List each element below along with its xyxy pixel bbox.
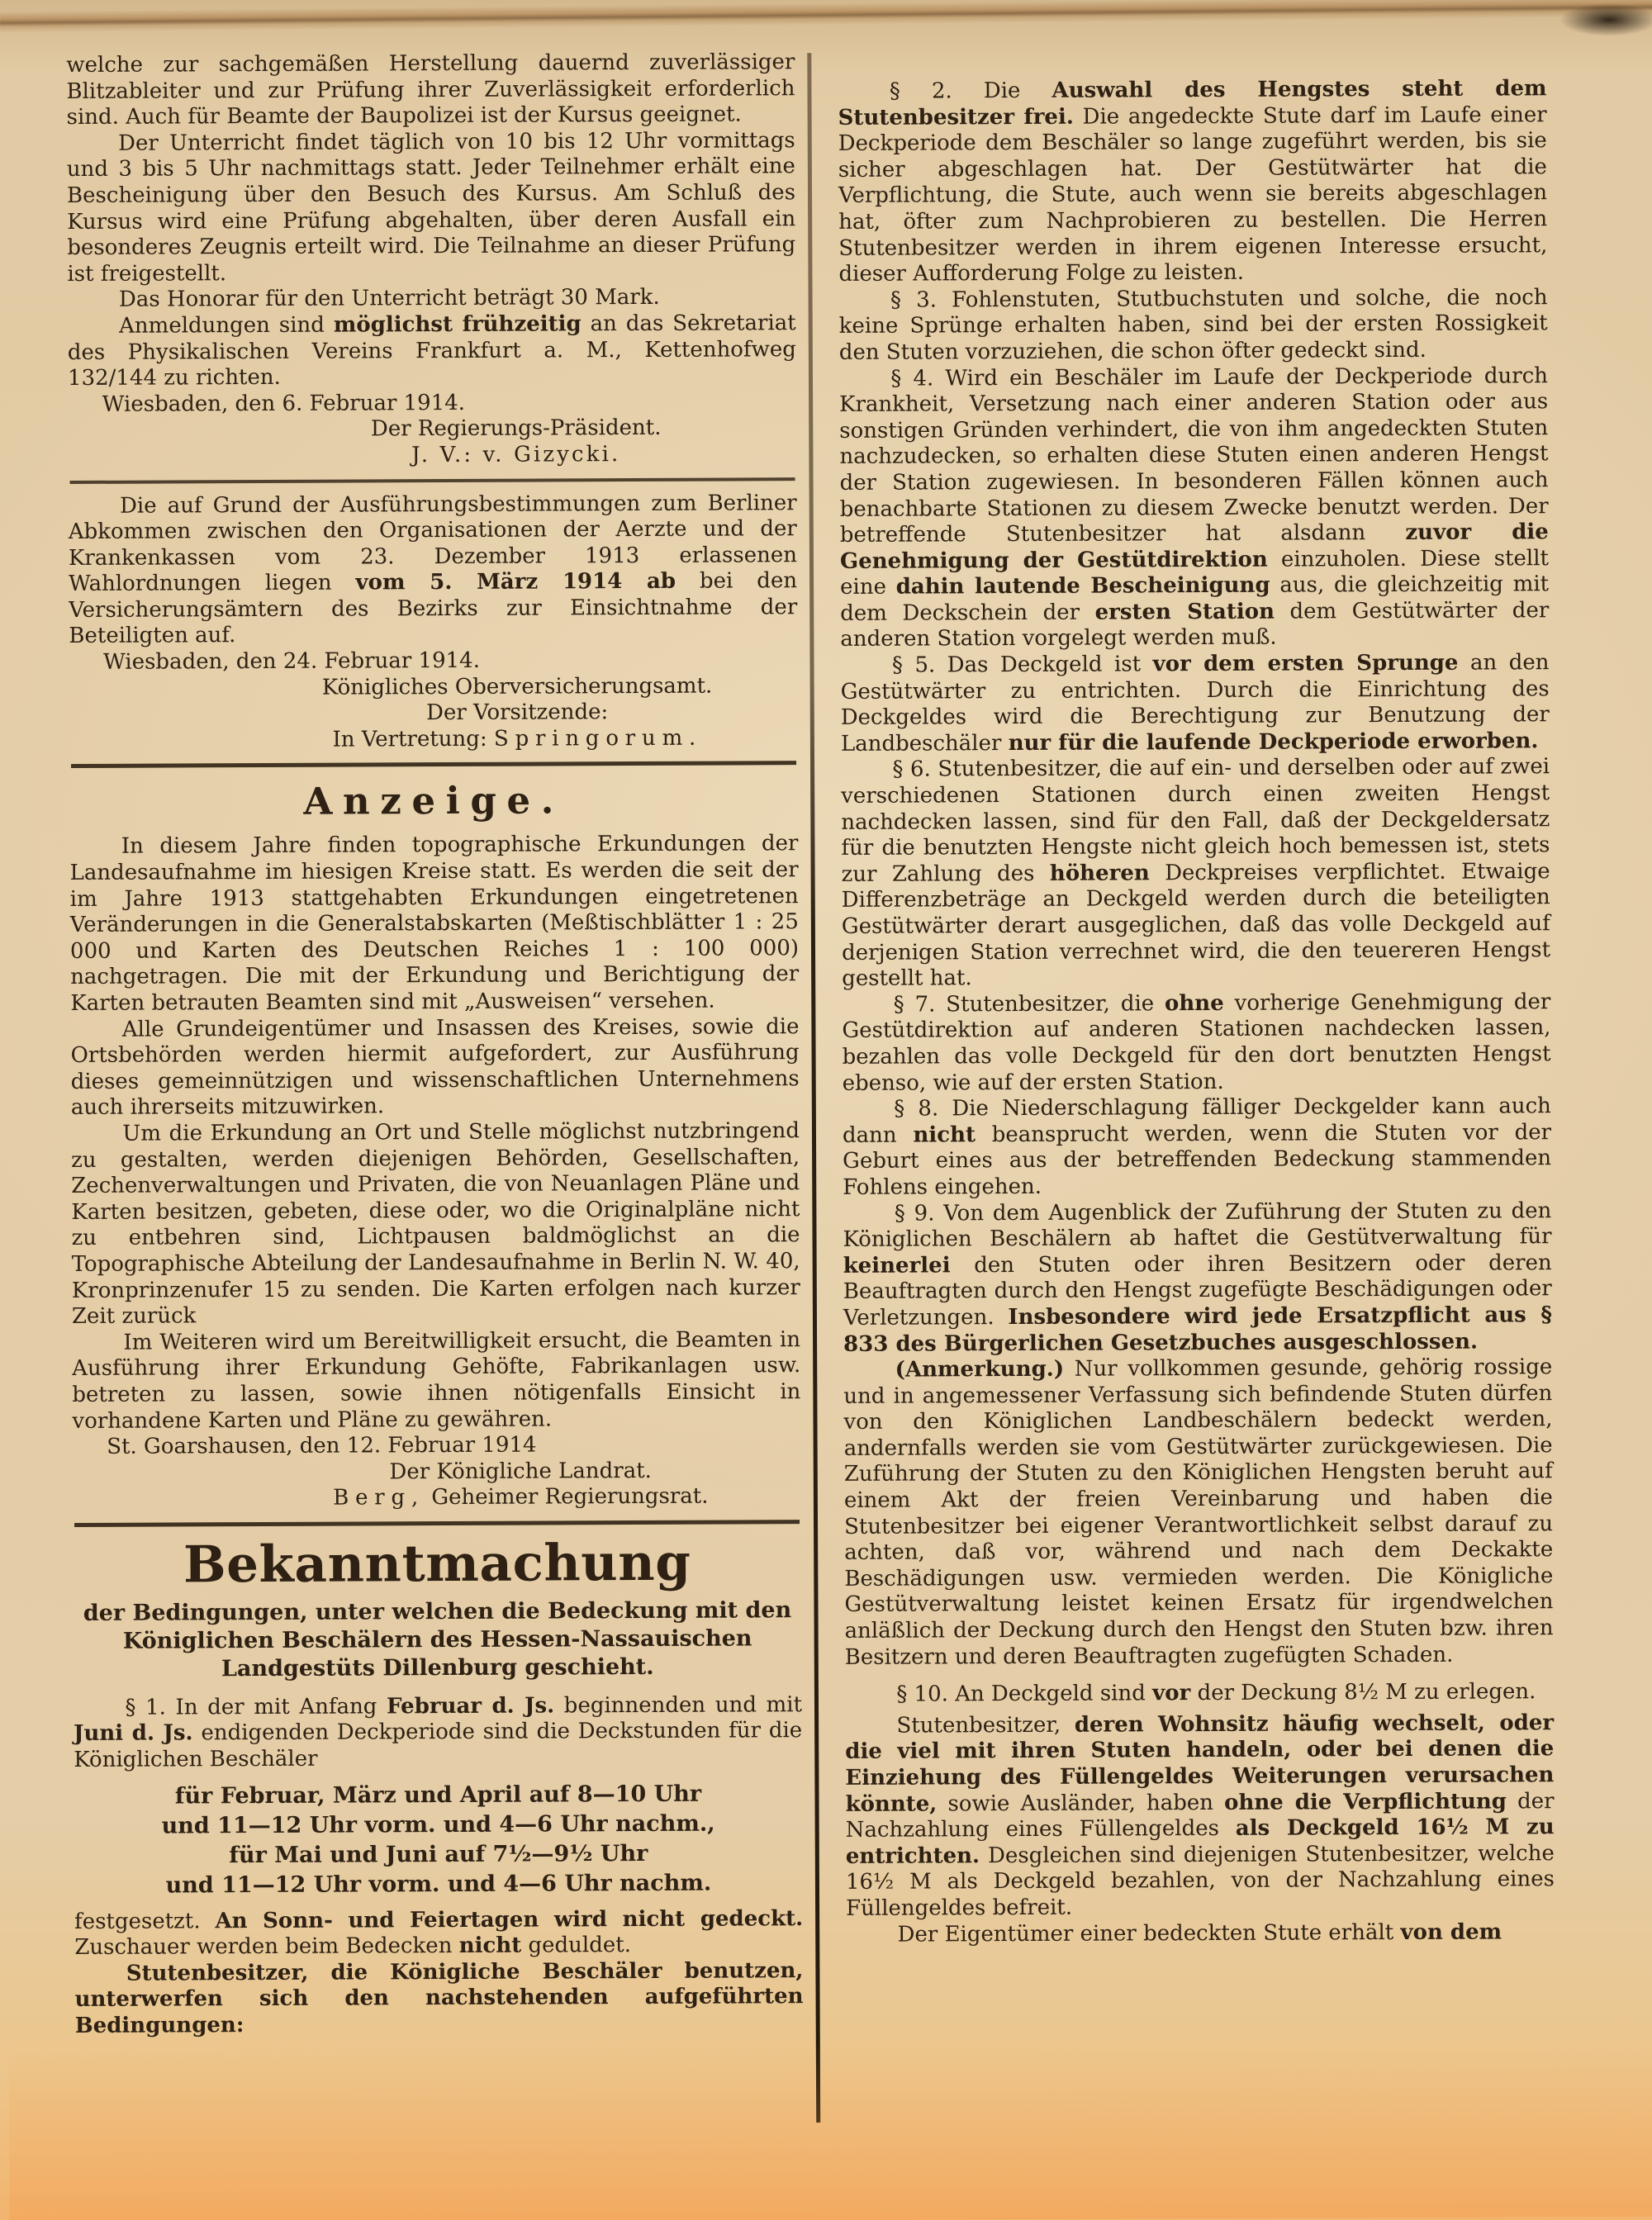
paragraph: Anmeldungen sind möglichst frühzeitig an…	[68, 311, 796, 392]
paragraph-section-8: § 8. Die Niederschlagung fälliger Deckge…	[843, 1093, 1552, 1201]
paragraph-anmerkung: (Anmerkung.) Nur vollkommen gesunde, geh…	[843, 1354, 1554, 1671]
signature-person: Berg,	[333, 1485, 425, 1510]
dateline: St. Goarshausen, den 12. Februar 1914	[73, 1431, 801, 1460]
column-divider-rule	[807, 53, 820, 2123]
paragraph: Im Weiteren wird um Bereitwilligkeit ers…	[72, 1327, 801, 1435]
paragraph-section-2: § 2. Die Auswahl des Hengstes steht dem …	[838, 76, 1547, 287]
paragraph: Stutenbesitzer, die Königliche Beschäler…	[74, 1958, 803, 2040]
bekanntmachung-title: Bekanntmachung	[73, 1534, 801, 1595]
dateline: Wiesbaden, den 6. Februar 1914.	[68, 389, 796, 418]
article-bekanntmachung-paragraphs: § 2. Die Auswahl des Hengstes steht dem …	[838, 76, 1555, 1948]
paragraph-section-9: § 9. Von dem Augenblick der Zuführung de…	[843, 1198, 1552, 1358]
article-wahlordnungen: Die auf Grund der Ausführungsbestimmunge…	[69, 491, 798, 755]
paragraph: Alle Grundeigentümer und Insassen des Kr…	[70, 1014, 800, 1122]
article-blitzableiter-course: welche zur sachgemäßen Herstellung dauer…	[66, 50, 796, 470]
paragraph-section-7: § 7. Stutenbesitzer, die ohne vorherige …	[842, 989, 1551, 1097]
signature-name: In Vertretung: Springorum.	[69, 725, 798, 754]
dateline: Wiesbaden, den 24. Februar 1914.	[69, 647, 797, 676]
paragraph: Um die Erkundung an Ort und Stelle mögli…	[71, 1118, 800, 1331]
paragraph-section-10: § 10. An Deckgeld sind vor der Deckung 8…	[845, 1679, 1554, 1708]
page-fold-crease	[0, 0, 1652, 33]
signature-office: Der Königliche Landrat.	[73, 1458, 801, 1487]
deck-schedule-line: und 11—12 Uhr vorm. und 4—6 Uhr nachm.,	[74, 1809, 803, 1842]
article-anzeige: Anzeige. In diesem Jahre finden topograp…	[69, 779, 801, 1513]
paragraph: Die auf Grund der Ausführungsbestimmunge…	[69, 491, 798, 650]
paragraph-section-10b: Stutenbesitzer, deren Wohnsitz häufig we…	[845, 1710, 1555, 1922]
article-bekanntmachung: Bekanntmachung der Bedingungen, unter we…	[73, 1534, 804, 2040]
paragraph: festgesetzt. An Sonn- und Feiertagen wir…	[74, 1906, 803, 1961]
signature-person: Springorum.	[494, 726, 702, 752]
page-corner-shadow	[1559, 3, 1652, 37]
section-rule	[70, 477, 795, 484]
bekanntmachung-subtitle: der Bedingungen, unter welchen die Bedec…	[81, 1596, 793, 1684]
paragraph: Der Unterricht findet täglich von 10 bis…	[67, 128, 796, 287]
section-rule	[71, 761, 796, 769]
paragraph-section-10c: Der Eigentümer einer bedeckten Stute erh…	[846, 1919, 1555, 1948]
signature-name: J. V.: v. Gizycki.	[68, 441, 796, 470]
paragraph: In diesem Jahre finden topographische Er…	[69, 832, 799, 1017]
deck-schedule-line: für Mai und Juni auf 7½—9½ Uhr	[74, 1838, 803, 1871]
signature-office: Königliches Oberversicherungsamt.	[69, 673, 798, 702]
signature-name: Berg, Geheimer Regierungsrat.	[73, 1483, 801, 1512]
anzeige-heading: Anzeige.	[69, 779, 798, 825]
signature-role: Der Vorsitzende:	[69, 699, 798, 728]
page-bottom-light	[9, 2035, 1652, 2220]
deck-schedule-line: und 11—12 Uhr vorm. und 4—6 Uhr nachm.	[74, 1868, 803, 1901]
signature-prefix: In Vertretung:	[333, 727, 487, 752]
deck-schedule-line: für Februar, März und April auf 8—10 Uhr	[74, 1779, 802, 1812]
paragraph-section-3: § 3. Fohlenstuten, Stutbuchstuten und so…	[839, 285, 1548, 367]
newspaper-page: welche zur sachgemäßen Herstellung dauer…	[0, 0, 1652, 2220]
section-rule	[74, 1520, 800, 1527]
paragraph: welche zur sachgemäßen Herstellung dauer…	[66, 50, 795, 131]
paragraph-section-5: § 5. Das Deckgeld ist vor dem ersten Spr…	[840, 650, 1550, 757]
paragraph-section-1: § 1. In der mit Anfang Februar d. Js. be…	[74, 1692, 802, 1774]
paragraph: Das Honorar für den Unterricht beträgt 3…	[68, 285, 796, 314]
signature-office: Der Regierungs-Präsident.	[68, 415, 796, 444]
right-column: § 2. Die Auswahl des Hengstes steht dem …	[838, 76, 1555, 1948]
left-column: welche zur sachgemäßen Herstellung dauer…	[66, 50, 803, 2039]
paragraph-section-4: § 4. Wird ein Beschäler im Laufe der Dec…	[839, 363, 1550, 653]
signature-title: Geheimer Regierungsrat.	[431, 1484, 708, 1510]
paragraph-section-6: § 6. Stutenbesitzer, die auf ein- und de…	[841, 755, 1550, 993]
